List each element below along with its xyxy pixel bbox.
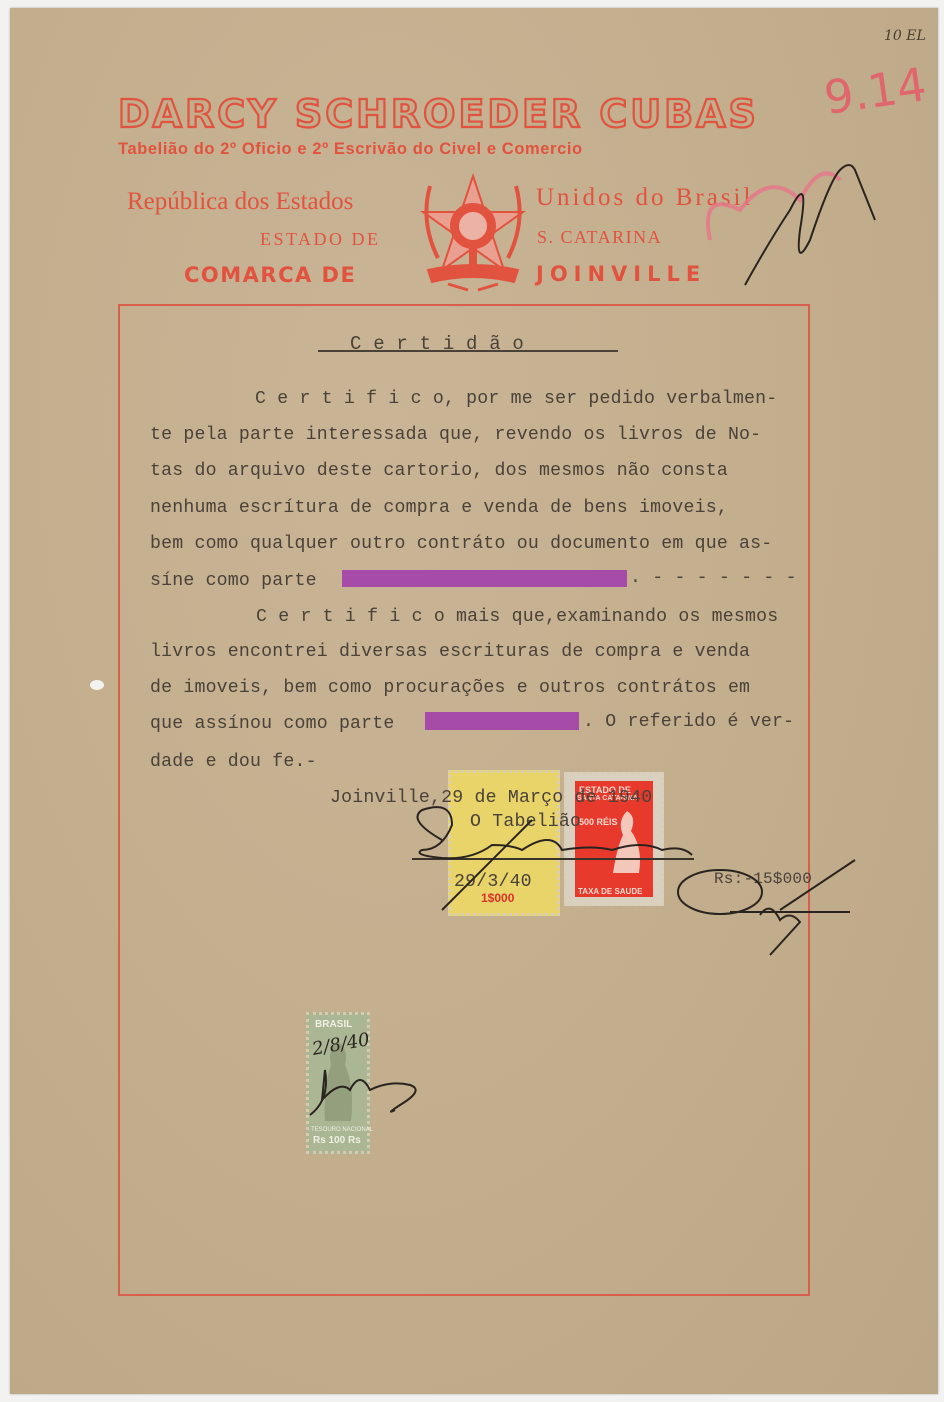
text-line-1: C e r t i f i c o, por me ser pedido ver… — [255, 389, 777, 409]
stamp-date: 29/3/40 — [454, 872, 532, 892]
red-stamp-bottom: TAXA DE SAUDE — [578, 887, 642, 896]
text-line-5: bem como qualquer outro contráto ou docu… — [150, 534, 772, 554]
comarca-left: COMARCA DE — [184, 263, 356, 287]
pencil-annotation: 10 EL — [884, 28, 926, 44]
letterhead-subtitle: Tabelião do 2º Oficio e 2º Escrivão do C… — [118, 140, 583, 159]
text-line-4: nenhuma escrítura de compra e venda de b… — [150, 498, 728, 518]
fee-amount: Rs:-15$000 — [714, 870, 812, 888]
text-line-6: síne como parte — [150, 571, 317, 591]
text-line-10-end: . O referido é ver- — [583, 712, 794, 732]
text-line-2: te pela parte interessada que, revendo o… — [150, 425, 761, 445]
yellow-stamp-value: 1$000 — [481, 891, 514, 905]
comarca-right: JOINVILLE — [536, 262, 706, 286]
republic-left: República dos Estados — [127, 188, 353, 216]
letterhead-name: DARCY SCHROEDER CUBAS — [118, 92, 759, 136]
text-line-8: livros encontrei diversas escrituras de … — [150, 642, 750, 662]
figure-icon — [603, 807, 651, 877]
state-right: S. CATARINA — [537, 227, 662, 248]
republic-right: Unidos do Brasil — [536, 184, 753, 212]
text-line-10: que assínou como parte — [150, 714, 395, 734]
brazil-coat-of-arms-icon — [418, 172, 528, 298]
text-line-11: dade e dou fe.- — [150, 752, 317, 772]
signatory: O Tabelião — [470, 812, 581, 832]
state-left: ESTADO DE — [260, 229, 381, 250]
text-line-9: de imoveis, bem como procurações e outro… — [150, 678, 750, 698]
text-line-6-end: . - - - - - - - — [630, 568, 797, 588]
green-stamp-caption: TESOURO NACIONAL — [311, 1127, 373, 1133]
redaction-1 — [342, 570, 627, 587]
text-line-3: tas do arquivo deste cartorio, dos mesmo… — [150, 461, 728, 481]
green-stamp-value: Rs 100 Rs — [313, 1135, 361, 1146]
title-underline — [318, 350, 618, 352]
punch-hole — [90, 680, 104, 690]
redaction-2 — [425, 712, 579, 730]
text-line-7: C e r t i f i c o mais que,examinando os… — [256, 607, 778, 627]
signature-line — [412, 858, 694, 860]
green-stamp-country: BRASIL — [315, 1019, 352, 1030]
place-date: Joinville,29 de Março de 1940 — [330, 788, 652, 808]
